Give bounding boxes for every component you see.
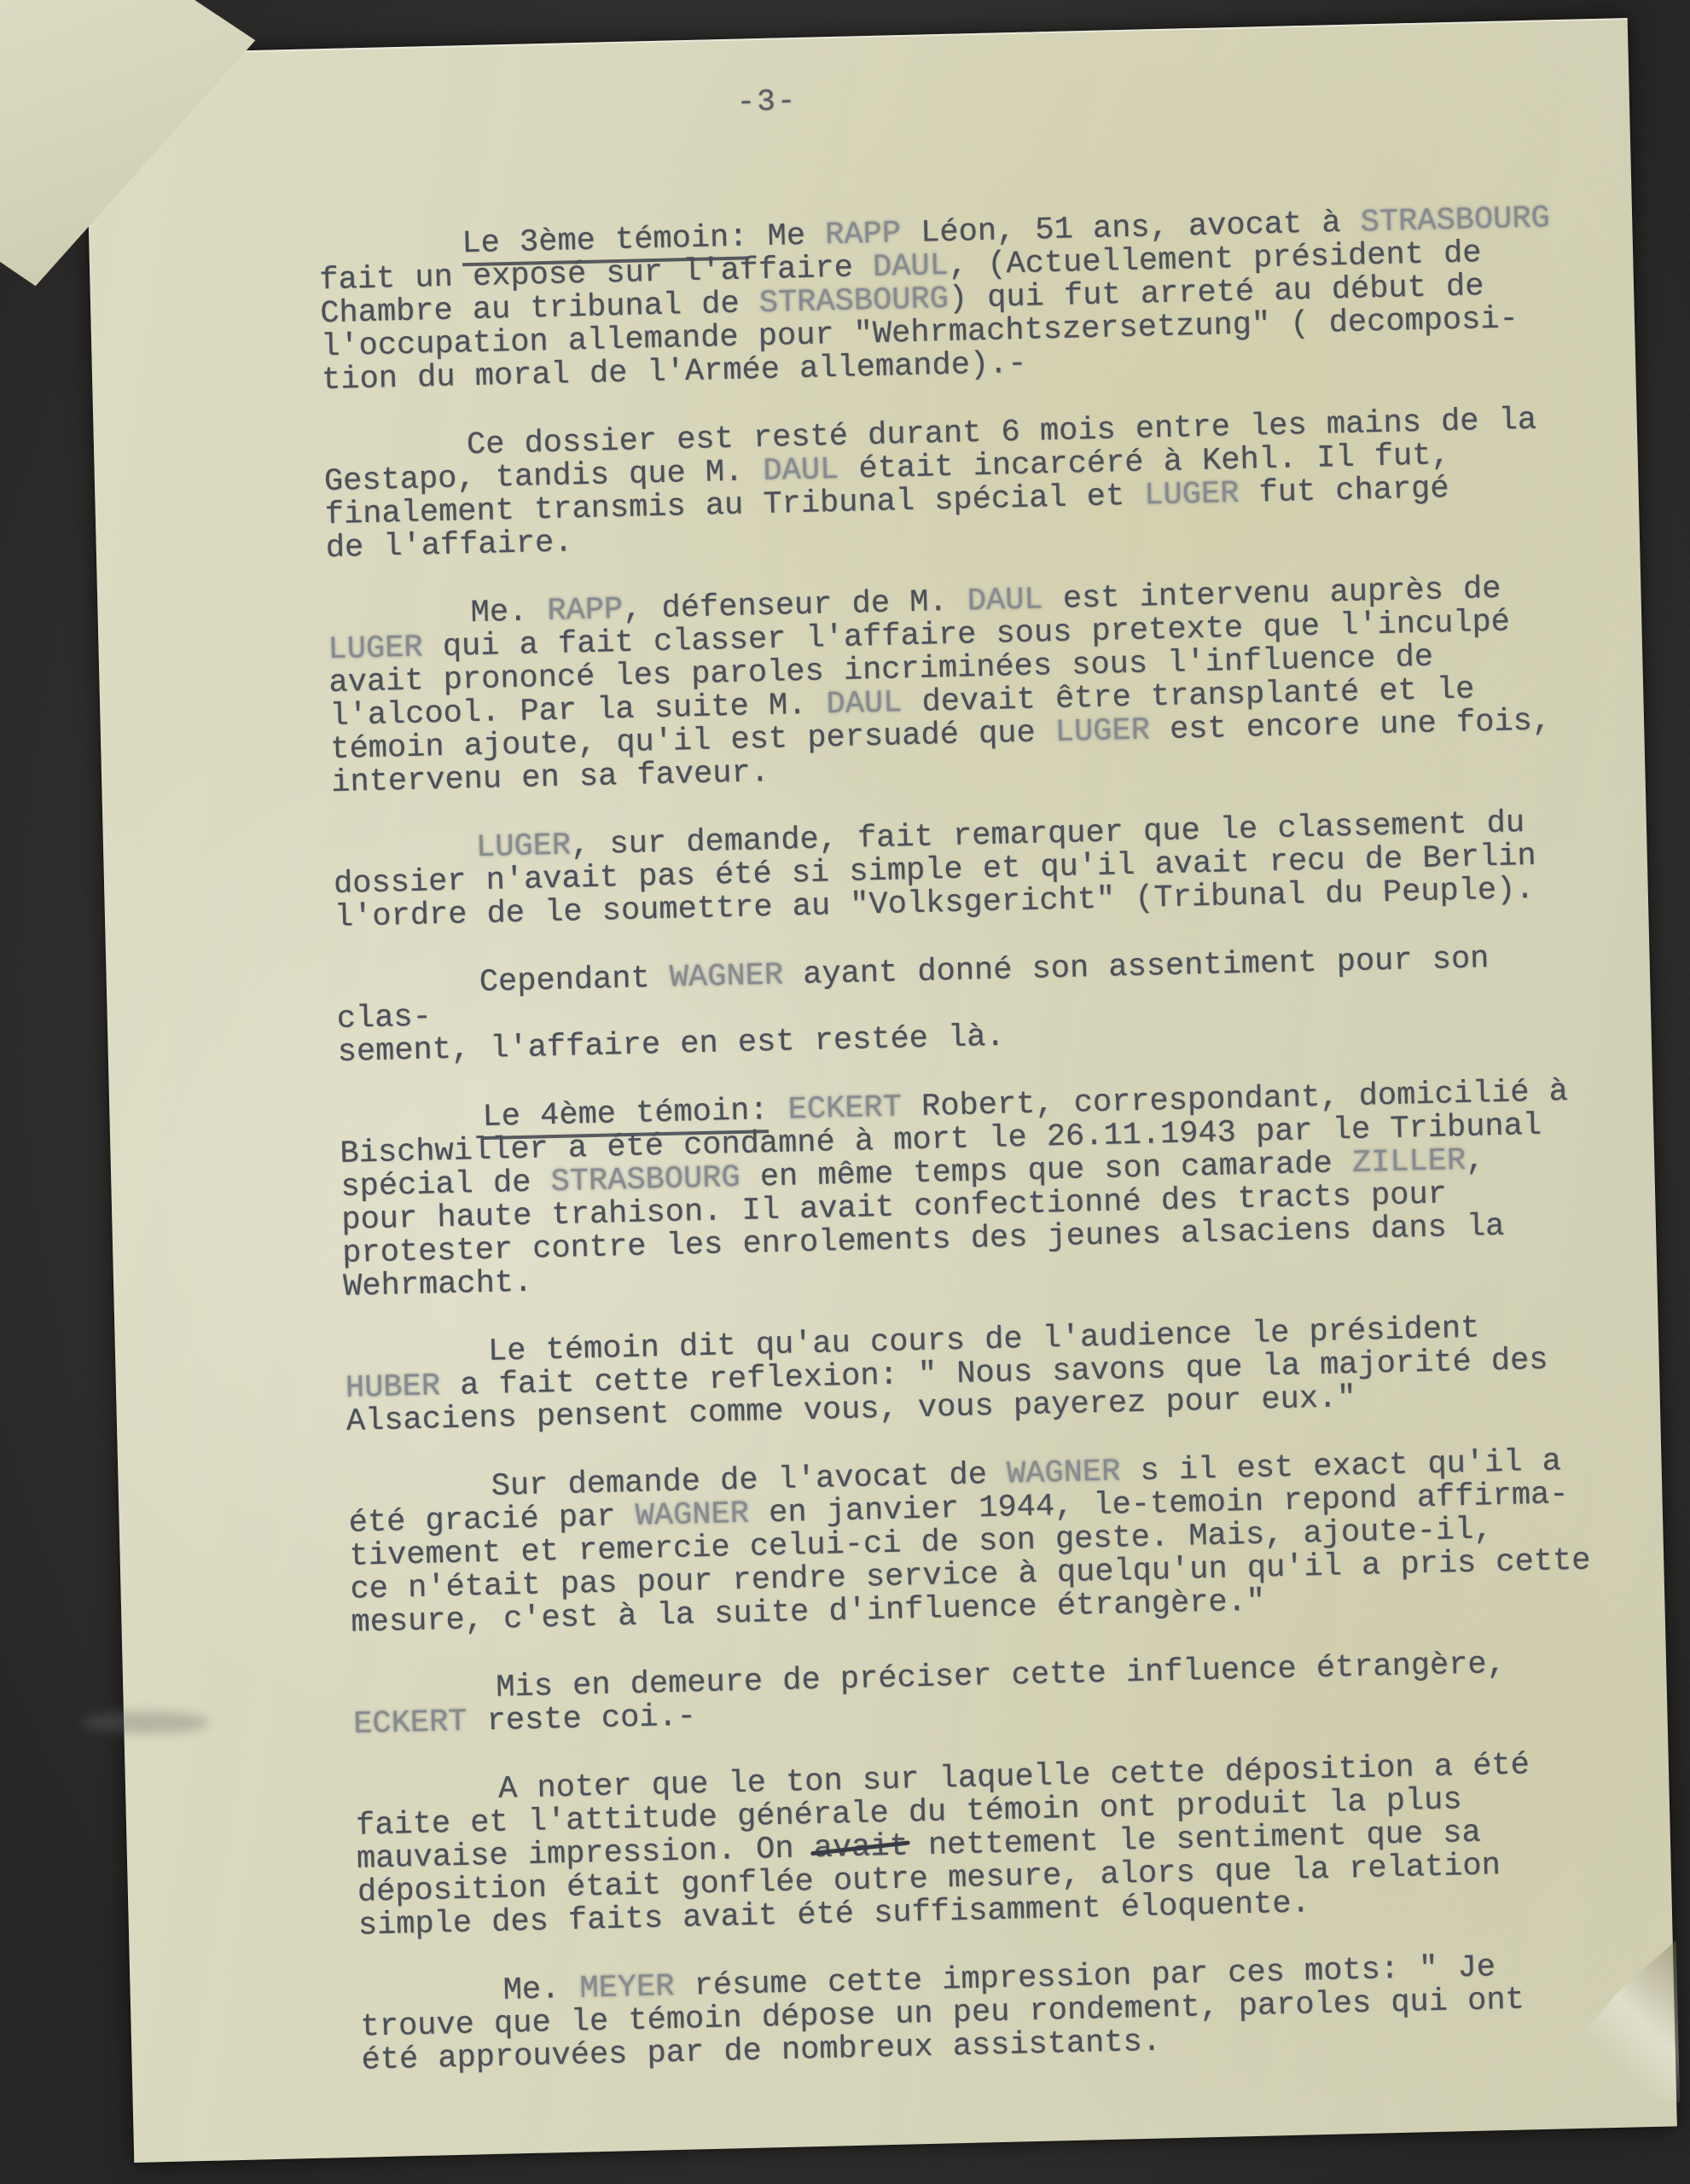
paragraph: Le 4ème témoin: ECKERT Robert, correspon… (339, 1075, 1604, 1304)
paragraph: Ce dossier est resté durant 6 mois entre… (323, 403, 1587, 566)
scan-background: -3- Le 3ème témoin: Me RAPP Léon, 51 ans… (0, 0, 1690, 2184)
document-page: -3- Le 3ème témoin: Me RAPP Léon, 51 ans… (84, 18, 1677, 2163)
paragraph: Le témoin dit qu'au cours de l'audience … (345, 1310, 1607, 1439)
page-number: -3- (736, 84, 798, 120)
paragraph: Me. RAPP, défenseur de M. DAUL est inter… (327, 571, 1592, 800)
document-text: Le 3ème témoin: Me RAPP Léon, 51 ans, av… (318, 201, 1623, 2112)
paragraph: Le 3ème témoin: Me RAPP Léon, 51 ans, av… (318, 201, 1583, 398)
paragraph: Me. MEYER résume cette impression par ce… (359, 1949, 1622, 2078)
paragraph: LUGER, sur demande, fait remarquer que l… (333, 805, 1595, 935)
paragraph: Mis en demeure de préciser cette influen… (352, 1646, 1614, 1742)
paragraph: Sur demande de l'avocat de WAGNER s il e… (347, 1444, 1612, 1641)
paragraph: A noter que le ton sur laquelle cette dé… (355, 1747, 1619, 1943)
ink-smudge (82, 1711, 210, 1734)
paragraph: Cependant WAGNER ayant donné son assenti… (336, 940, 1599, 1070)
